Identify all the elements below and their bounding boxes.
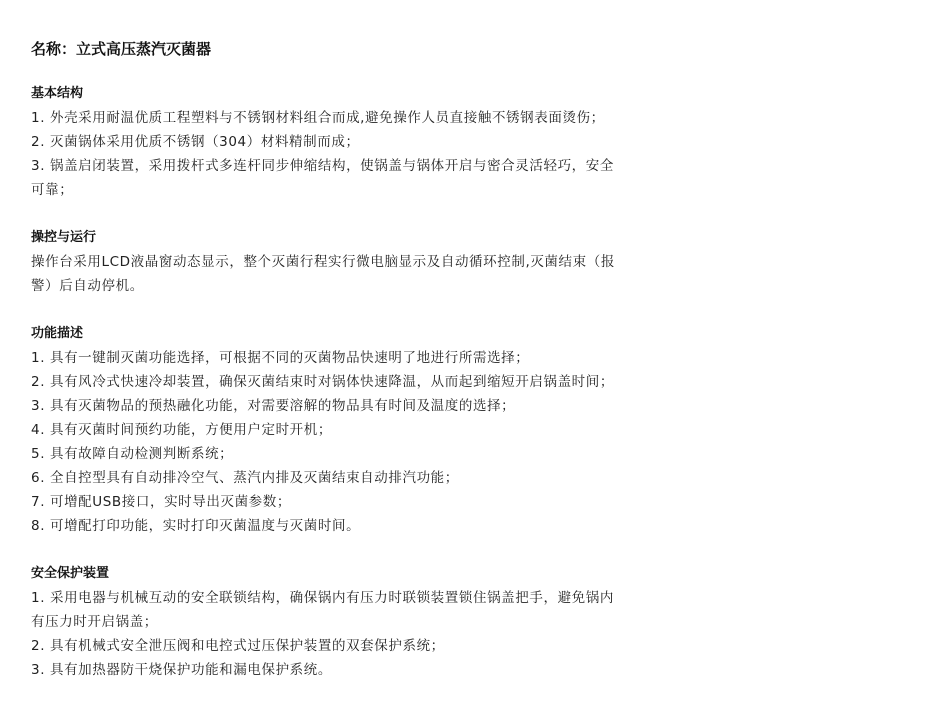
- page-title: 名称：立式高压蒸汽灭菌器: [31, 38, 711, 60]
- text-line: 警）后自动停机。: [31, 274, 711, 298]
- text-line: 2. 具有风冷式快速冷却装置，确保灭菌结束时对锅体快速降温，从而起到缩短开启锅盖…: [31, 370, 711, 394]
- text-line: 可靠；: [31, 178, 711, 202]
- text-line: 6. 全自控型具有自动排冷空气、蒸汽内排及灭菌结束自动排汽功能；: [31, 466, 711, 490]
- text-line: 5. 具有故障自动检测判断系统；: [31, 442, 711, 466]
- section-heading: 基本结构: [31, 82, 711, 106]
- section-function-description: 功能描述 1. 具有一键制灭菌功能选择，可根据不同的灭菌物品快速明了地进行所需选…: [31, 322, 711, 538]
- section-control-operation: 操控与运行 操作台采用LCD液晶窗动态显示，整个灭菌行程实行微电脑显示及自动循环…: [31, 226, 711, 298]
- text-line: 8. 可增配打印功能，实时打印灭菌温度与灭菌时间。: [31, 514, 711, 538]
- text-line: 有压力时开启锅盖；: [31, 610, 711, 634]
- section-heading: 操控与运行: [31, 226, 711, 250]
- section-heading: 安全保护装置: [31, 562, 711, 586]
- document-body: 名称：立式高压蒸汽灭菌器 基本结构 1. 外壳采用耐温优质工程塑料与不锈钢材料组…: [31, 38, 711, 706]
- text-line: 2. 具有机械式安全泄压阀和电控式过压保护装置的双套保护系统；: [31, 634, 711, 658]
- text-line: 4. 具有灭菌时间预约功能，方便用户定时开机；: [31, 418, 711, 442]
- section-basic-structure: 基本结构 1. 外壳采用耐温优质工程塑料与不锈钢材料组合而成,避免操作人员直接触…: [31, 82, 711, 202]
- text-line: 1. 外壳采用耐温优质工程塑料与不锈钢材料组合而成,避免操作人员直接触不锈钢表面…: [31, 106, 711, 130]
- text-line: 1. 采用电器与机械互动的安全联锁结构，确保锅内有压力时联锁装置锁住锅盖把手，避…: [31, 586, 711, 610]
- section-heading: 功能描述: [31, 322, 711, 346]
- text-line: 3. 具有加热器防干烧保护功能和漏电保护系统。: [31, 658, 711, 682]
- section-safety-protection: 安全保护装置 1. 采用电器与机械互动的安全联锁结构，确保锅内有压力时联锁装置锁…: [31, 562, 711, 682]
- text-line: 7. 可增配USB接口，实时导出灭菌参数；: [31, 490, 711, 514]
- text-line: 2. 灭菌锅体采用优质不锈钢（304）材料精制而成；: [31, 130, 711, 154]
- text-line: 操作台采用LCD液晶窗动态显示，整个灭菌行程实行微电脑显示及自动循环控制,灭菌结…: [31, 250, 711, 274]
- text-line: 3. 具有灭菌物品的预热融化功能，对需要溶解的物品具有时间及温度的选择；: [31, 394, 711, 418]
- text-line: 1. 具有一键制灭菌功能选择，可根据不同的灭菌物品快速明了地进行所需选择；: [31, 346, 711, 370]
- text-line: 3. 锅盖启闭装置，采用拨杆式多连杆同步伸缩结构，使锅盖与锅体开启与密合灵活轻巧…: [31, 154, 711, 178]
